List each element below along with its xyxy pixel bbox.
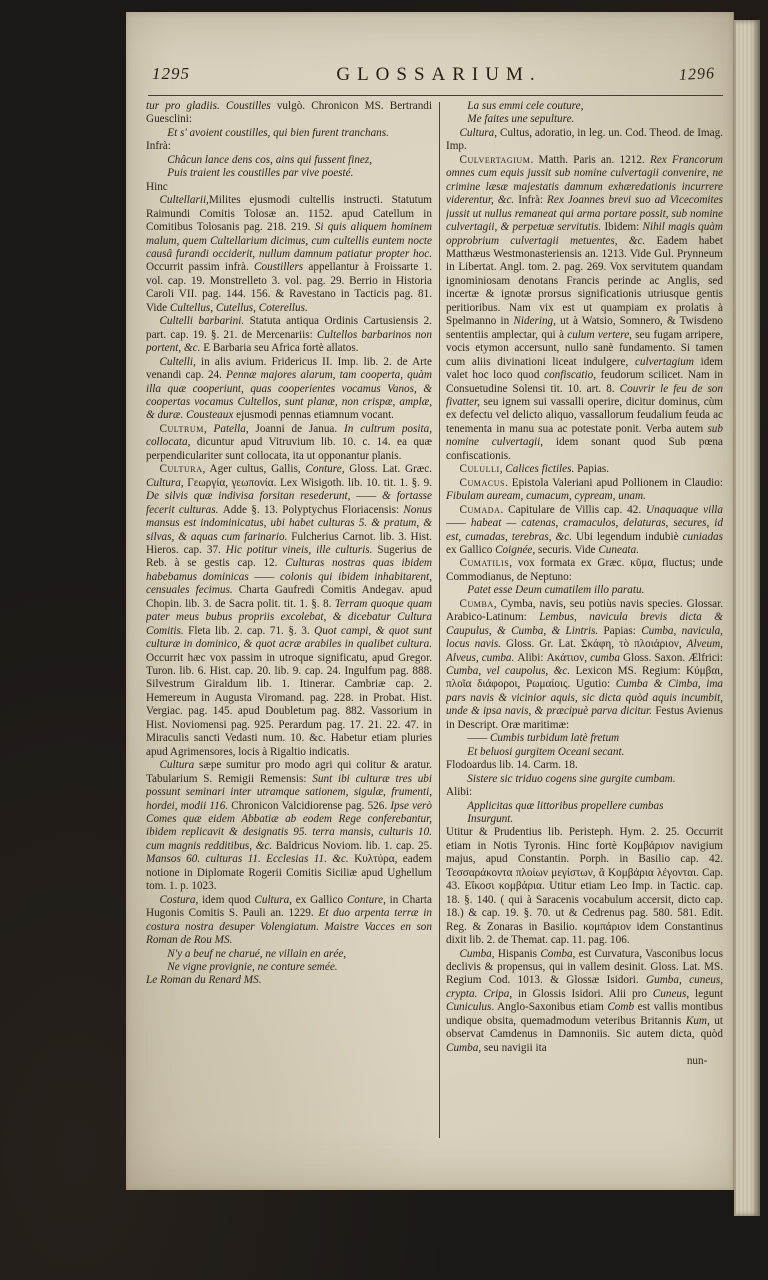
text-run: Adde §. 13. Polyptychus Floriacensis: bbox=[223, 504, 404, 516]
verse-line: Châcun lance dens cos, ains qui fussent … bbox=[167, 154, 432, 167]
verse-line: Et beluosi gurgitem Oceani secant. bbox=[467, 746, 723, 759]
paragraph: Hinc bbox=[146, 181, 432, 194]
text-run: cuniadas bbox=[683, 531, 723, 543]
verse-line: N'y a beuf ne charué, ne villain en arée… bbox=[167, 948, 432, 961]
text-run: . Matth. Paris an. 1212. bbox=[530, 154, 650, 166]
verse-line: —— Cumbis turbidum latè fretum bbox=[467, 732, 723, 745]
text-run: ejusmodi pennas etiamnum vocant. bbox=[236, 409, 394, 421]
paragraph: Cululli, Calices fictiles. Papias. bbox=[446, 463, 723, 476]
text-run: Gloss. Gr. Lat. Σκάφη, τὸ πλοιάριον, bbox=[506, 638, 687, 650]
text-run: . Anglo-Saxonibus etiam bbox=[491, 1001, 607, 1013]
text-run: Cuneus bbox=[653, 988, 687, 1000]
text-run: , ex Gallico bbox=[289, 894, 347, 906]
text-run: nun- bbox=[687, 1055, 708, 1067]
text-run: Cultura, bbox=[146, 477, 187, 489]
headword: Cumacus bbox=[459, 477, 505, 489]
verse-line: Applicitas quæ littoribus propellere cum… bbox=[467, 800, 723, 813]
text-run: Occurrit passim infrà. bbox=[146, 261, 254, 273]
text-run: Conture bbox=[347, 894, 383, 906]
verse-block: Châcun lance dens cos, ains qui fussent … bbox=[146, 154, 432, 181]
text-run: Cumba, bbox=[459, 948, 497, 960]
text-run: , Ager cultus, Gallis, bbox=[203, 463, 306, 475]
verse-line: Et s' avoient coustilles, qui bien furen… bbox=[167, 127, 432, 140]
page-title: GLOSSARIUM. bbox=[146, 64, 725, 86]
text-run: Le Roman du Renard MS. bbox=[146, 974, 262, 986]
text-run: Cuneata. bbox=[598, 544, 639, 556]
text-run: seu ignem sui vassalli operire, dicitur … bbox=[446, 396, 723, 435]
text-run: Hinc bbox=[146, 181, 168, 193]
headword: Cultura bbox=[159, 463, 202, 475]
text-run: Coignée bbox=[495, 544, 532, 556]
text-run: Cousteaux bbox=[186, 409, 236, 421]
text-run: Ubi legendum indubiè bbox=[576, 531, 683, 543]
text-run: Cumba bbox=[446, 1042, 478, 1054]
paragraph: Culvertagium. Matth. Paris an. 1212. Rex… bbox=[446, 154, 723, 463]
text-run: ex Gallico bbox=[446, 544, 495, 556]
text-run: Conture bbox=[305, 463, 341, 475]
text-run: Cuniculus bbox=[446, 1001, 491, 1013]
text-run: Comba bbox=[540, 948, 572, 960]
headword: Cumada bbox=[459, 504, 500, 516]
text-run: Occurrit hæc vox passim in utroque signi… bbox=[146, 652, 432, 758]
text-run: Kum bbox=[686, 1015, 707, 1027]
verse-line: Insurgunt. bbox=[467, 813, 723, 826]
text-run: Cultura, bbox=[459, 127, 500, 139]
verse-block: La sus emmi cele couture,Me faites une s… bbox=[446, 100, 723, 127]
text-run: culvertagium bbox=[635, 356, 701, 368]
right-column: La sus emmi cele couture,Me faites une s… bbox=[446, 100, 725, 1152]
paragraph: Cultrum, Patella, Joanni de Janua. In cu… bbox=[146, 423, 432, 463]
catchword: nun- bbox=[446, 1055, 723, 1068]
text-run: Cultellarii, bbox=[159, 194, 208, 206]
verse-block: Applicitas quæ littoribus propellere cum… bbox=[446, 800, 723, 827]
text-run: Cultura bbox=[159, 759, 199, 771]
verse-line: Ne vigne provignie, ne conture semée. bbox=[167, 961, 432, 974]
text-run: Fleta lib. 2. cap. 71. §. 3. bbox=[188, 625, 314, 637]
paragraph: Costura, idem quod Cultura, ex Gallico C… bbox=[146, 894, 432, 948]
text-run: Comb bbox=[607, 1001, 637, 1013]
text-run: Infrà: bbox=[518, 194, 547, 206]
page-number-right: 1296 bbox=[679, 65, 716, 85]
text-run: Cumba, vel caupolus, &c. bbox=[446, 665, 576, 677]
paragraph: Cultelli, in alis avium. Fridericus II. … bbox=[146, 356, 432, 423]
left-column: tur pro gladiis. Coustilles vulgò. Chron… bbox=[146, 100, 432, 1152]
paragraph: Cumada. Capitulare de Villis cap. 42. Un… bbox=[446, 504, 723, 558]
text-run: , legunt bbox=[686, 988, 723, 1000]
text-run: Eadem habet Matthæus Westmonasteriensis … bbox=[446, 235, 723, 328]
text-run: Chronicon Valcidiorense pag. 526. bbox=[231, 800, 390, 812]
paragraph: Infrà: bbox=[146, 140, 432, 153]
text-run: Baldricus Noviom. lib. 1. cap. 25. bbox=[276, 840, 432, 852]
text-run: Cultelli barbarini. bbox=[159, 315, 249, 327]
text-run: Calices fictiles. bbox=[505, 463, 577, 475]
paragraph: Alibi: bbox=[446, 786, 723, 799]
text-run: , seu navigii ita bbox=[478, 1042, 546, 1054]
text-run: in Glossis Isidori. Alii pro bbox=[518, 988, 653, 1000]
text-run: culum vertere bbox=[567, 329, 629, 341]
column-divider bbox=[439, 102, 440, 1138]
text-run: Alibi: bbox=[446, 786, 472, 798]
verse-block: —— Cumbis turbidum latè fretumEt beluosi… bbox=[446, 732, 723, 759]
book-page: 1295 GLOSSARIUM. 1296 tur pro gladiis. C… bbox=[126, 12, 734, 1190]
verse-block: Patet esse Deum cumatilem illo paratu. bbox=[446, 584, 723, 597]
text-run: Infrà: bbox=[146, 140, 171, 152]
paragraph: Le Roman du Renard MS. bbox=[146, 974, 432, 987]
text-run: tur pro gladiis. Coustilles bbox=[146, 100, 277, 112]
text-run: , Gloss. Lat. Græc. bbox=[342, 463, 432, 475]
text-run: Hic potitur vineis, ille culturis. bbox=[226, 544, 378, 556]
text-run: Joanni de Janua. bbox=[255, 423, 344, 435]
header-rule bbox=[148, 95, 723, 96]
text-run: Cultelli, bbox=[159, 356, 201, 368]
paragraph: Cultura, Cultus, adoratio, in leg. un. C… bbox=[446, 127, 723, 154]
text-run: Coustillers bbox=[254, 261, 308, 273]
text-run: , bbox=[204, 423, 214, 435]
text-run: Papias. bbox=[577, 463, 609, 475]
text-run: Ibidem: bbox=[604, 221, 642, 233]
text-run: Hispanis bbox=[498, 948, 540, 960]
text-run: Costura, bbox=[159, 894, 202, 906]
headword: Cululli bbox=[459, 463, 499, 475]
text-run: Alibi: Ακάτιον, bbox=[517, 652, 590, 664]
text-run: Patella, bbox=[214, 423, 256, 435]
text-columns: tur pro gladiis. Coustilles vulgò. Chron… bbox=[146, 100, 725, 1152]
paragraph: Utitur & Prudentius lib. Peristeph. Hym.… bbox=[446, 826, 723, 947]
text-run: Nidering, bbox=[513, 315, 560, 327]
paragraph: Cultelli barbarini. Statuta antiqua Ordi… bbox=[146, 315, 432, 355]
headword: Cultrum bbox=[159, 423, 203, 435]
text-run: Utitur & Prudentius lib. Peristeph. Hym.… bbox=[446, 826, 723, 946]
text-run: Cultellus, Cutellus, Coterellus. bbox=[170, 302, 308, 314]
verse-block: Et s' avoient coustilles, qui bien furen… bbox=[146, 127, 432, 140]
text-run: Flodoardus lib. 14. Carm. 18. bbox=[446, 759, 578, 771]
text-run: E Barbaria seu Africa fortè allatos. bbox=[203, 342, 358, 354]
headword: Cumba bbox=[459, 598, 493, 610]
text-run: Γεωργία, γεωπονία. Lex Wisigoth. lib. 10… bbox=[187, 477, 432, 489]
paragraph: Cultellarii,Milites ejusmodi cultellis i… bbox=[146, 194, 432, 315]
text-run: Fibulam auream, cumacum, cypream, unam. bbox=[446, 490, 646, 502]
verse-line: Patet esse Deum cumatilem illo paratu. bbox=[467, 584, 723, 597]
text-run: . Epistola Valeriani apud Pollionem in C… bbox=[505, 477, 723, 489]
text-run: Cultura bbox=[254, 894, 289, 906]
text-run: Papias: bbox=[604, 625, 642, 637]
verse-line: Sistere sic triduo cogens sine gurgite c… bbox=[467, 773, 723, 786]
paragraph: Cumba, Hispanis Comba, est Curvatura, Va… bbox=[446, 948, 723, 1056]
text-run: Mansos 60. culturas 11. Ecclesias 11. &c… bbox=[146, 853, 354, 865]
paragraph: Cumacus. Epistola Valeriani apud Pollion… bbox=[446, 477, 723, 504]
verse-line: Puis traient les coustilles par vive poe… bbox=[167, 167, 432, 180]
paragraph: Flodoardus lib. 14. Carm. 18. bbox=[446, 759, 723, 772]
text-run: cumba bbox=[590, 652, 623, 664]
page-content: 1295 GLOSSARIUM. 1296 tur pro gladiis. C… bbox=[126, 12, 733, 1152]
verse-block: N'y a beuf ne charué, ne villain en arée… bbox=[146, 948, 432, 975]
text-run: idem quod bbox=[202, 894, 254, 906]
text-run: . Capitulare de Villis cap. 42. bbox=[500, 504, 646, 516]
paragraph: Cultura, Ager cultus, Gallis, Conture, G… bbox=[146, 463, 432, 759]
verse-line: Me faites une sepulture. bbox=[467, 113, 723, 126]
paragraph: Cultura sæpe sumitur pro modo agri qui c… bbox=[146, 759, 432, 894]
headword: Culvertagium bbox=[459, 154, 530, 166]
page-header: 1295 GLOSSARIUM. 1296 bbox=[146, 12, 725, 96]
text-run: confiscatio bbox=[544, 369, 593, 381]
text-run: , securis. Vide bbox=[532, 544, 598, 556]
text-run: Gloss. Saxon. Ælfrici: bbox=[623, 652, 723, 664]
verse-block: Sistere sic triduo cogens sine gurgite c… bbox=[446, 773, 723, 786]
paragraph: Cumba, Cymba, navis, seu potiùs navis sp… bbox=[446, 598, 723, 733]
headword: Cumatilis bbox=[459, 557, 509, 569]
book-fore-edge bbox=[734, 20, 760, 1216]
verse-line: La sus emmi cele couture, bbox=[467, 100, 723, 113]
paragraph: Cumatilis, vox formata ex Græc. κῦμα, fl… bbox=[446, 557, 723, 584]
paragraph: tur pro gladiis. Coustilles vulgò. Chron… bbox=[146, 100, 432, 127]
